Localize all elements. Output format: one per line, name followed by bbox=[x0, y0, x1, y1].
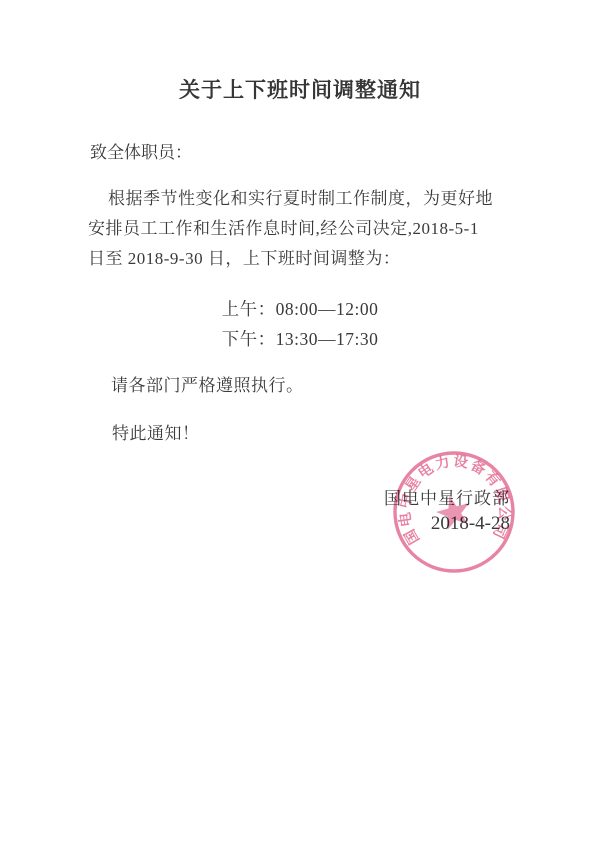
signature-department: 国电中星行政部 bbox=[384, 484, 510, 509]
body-paragraph-line: 日至 2018-9-30 日，上下班时间调整为： bbox=[88, 244, 400, 269]
signature-date: 2018-4-28 bbox=[431, 513, 510, 535]
salutation: 致全体职员： bbox=[90, 138, 192, 163]
document-title: 关于上下班时间调整通知 bbox=[0, 74, 600, 104]
instruction-line: 请各部门严格遵照执行。 bbox=[111, 371, 304, 396]
closing-line: 特此通知！ bbox=[112, 419, 200, 444]
company-stamp: 国电中星电力设备有限公司 bbox=[384, 442, 524, 582]
notice-document: 关于上下班时间调整通知 致全体职员： 根据季节性变化和实行夏时制工作制度，为更好… bbox=[0, 0, 600, 848]
schedule-morning: 上午：08:00—12:00 bbox=[0, 296, 600, 321]
schedule-afternoon: 下午：13:30—17:30 bbox=[0, 326, 600, 351]
body-paragraph-line: 安排员工工作和生活作息时间,经公司决定,2018-5-1 bbox=[88, 214, 479, 239]
body-paragraph-line: 根据季节性变化和实行夏时制工作制度，为更好地 bbox=[108, 184, 493, 209]
stamp-ring bbox=[395, 453, 513, 571]
